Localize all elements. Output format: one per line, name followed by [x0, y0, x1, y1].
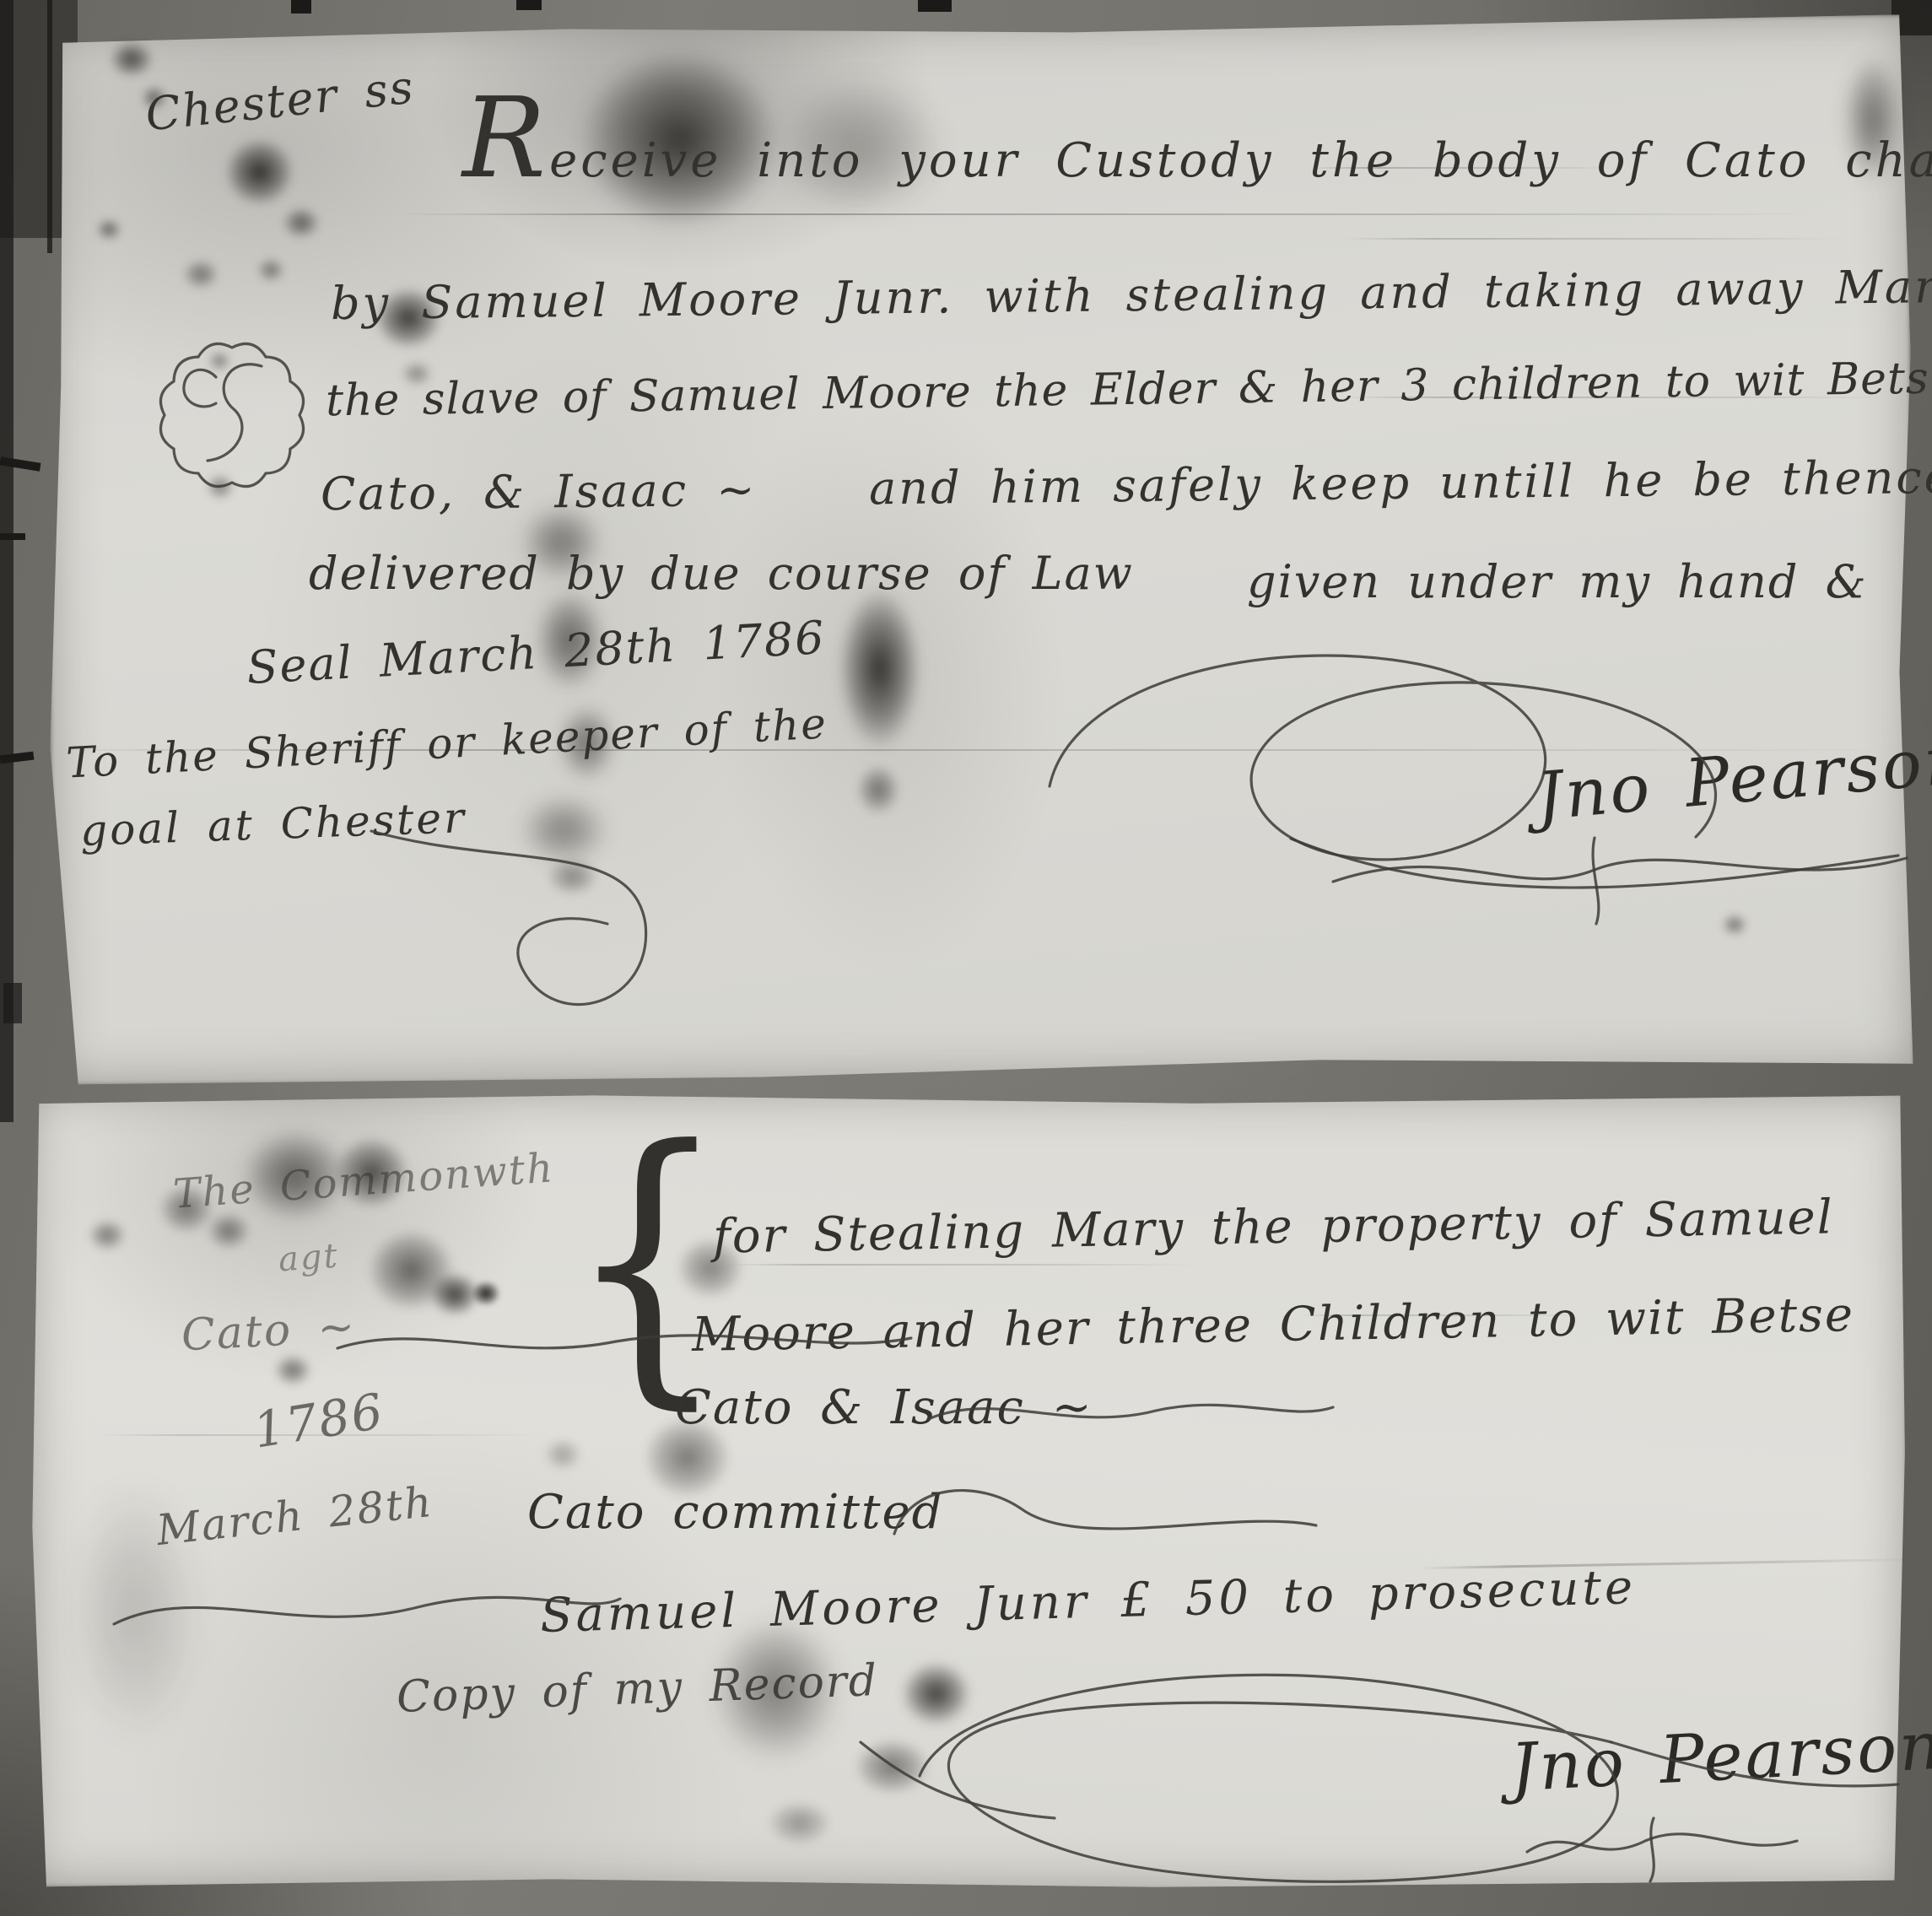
charge-cato-tail-icon	[920, 1384, 1341, 1443]
committed-tail-icon	[877, 1475, 1333, 1551]
scanned-manuscript-page: { "top_sheet": { "heading": "Chester ss"…	[0, 0, 1932, 1916]
ink-stain	[466, 1276, 506, 1311]
signature-paraph-icon	[1316, 823, 1924, 949]
paper-crease	[726, 1264, 1198, 1266]
ink-stain	[755, 1793, 844, 1854]
scanbed-tick	[3, 983, 22, 1023]
docket-vs: agt	[277, 1237, 340, 1280]
body-line-5a: delivered by due course of Law	[309, 547, 1134, 600]
ink-stain	[275, 201, 327, 245]
paper-crease	[1341, 238, 1848, 240]
ink-stain	[251, 253, 290, 287]
body-line-1: Receive into your Custody the body of Ca…	[462, 133, 1932, 188]
scanbed-tick	[918, 0, 952, 12]
scanbed-tick	[516, 0, 542, 10]
docket-cato-tail-icon	[329, 1314, 920, 1374]
date-swash-icon	[97, 1557, 637, 1649]
scanbed-tick	[0, 533, 25, 540]
signature-paraph-icon	[1519, 1814, 1805, 1890]
ink-stain	[537, 1433, 589, 1476]
scanbed-tick	[291, 0, 311, 13]
seal-doodle-icon	[135, 331, 333, 504]
address-swash-icon	[354, 806, 675, 1059]
scanbed-corner-line	[47, 0, 52, 253]
body-line-5b: given under my hand &	[1247, 555, 1868, 608]
ink-stain	[91, 214, 127, 245]
paper-crease	[397, 213, 1822, 215]
ink-stain	[848, 755, 909, 824]
ink-stain	[81, 1213, 133, 1257]
ink-stain	[101, 34, 162, 84]
ink-stain	[175, 253, 226, 295]
